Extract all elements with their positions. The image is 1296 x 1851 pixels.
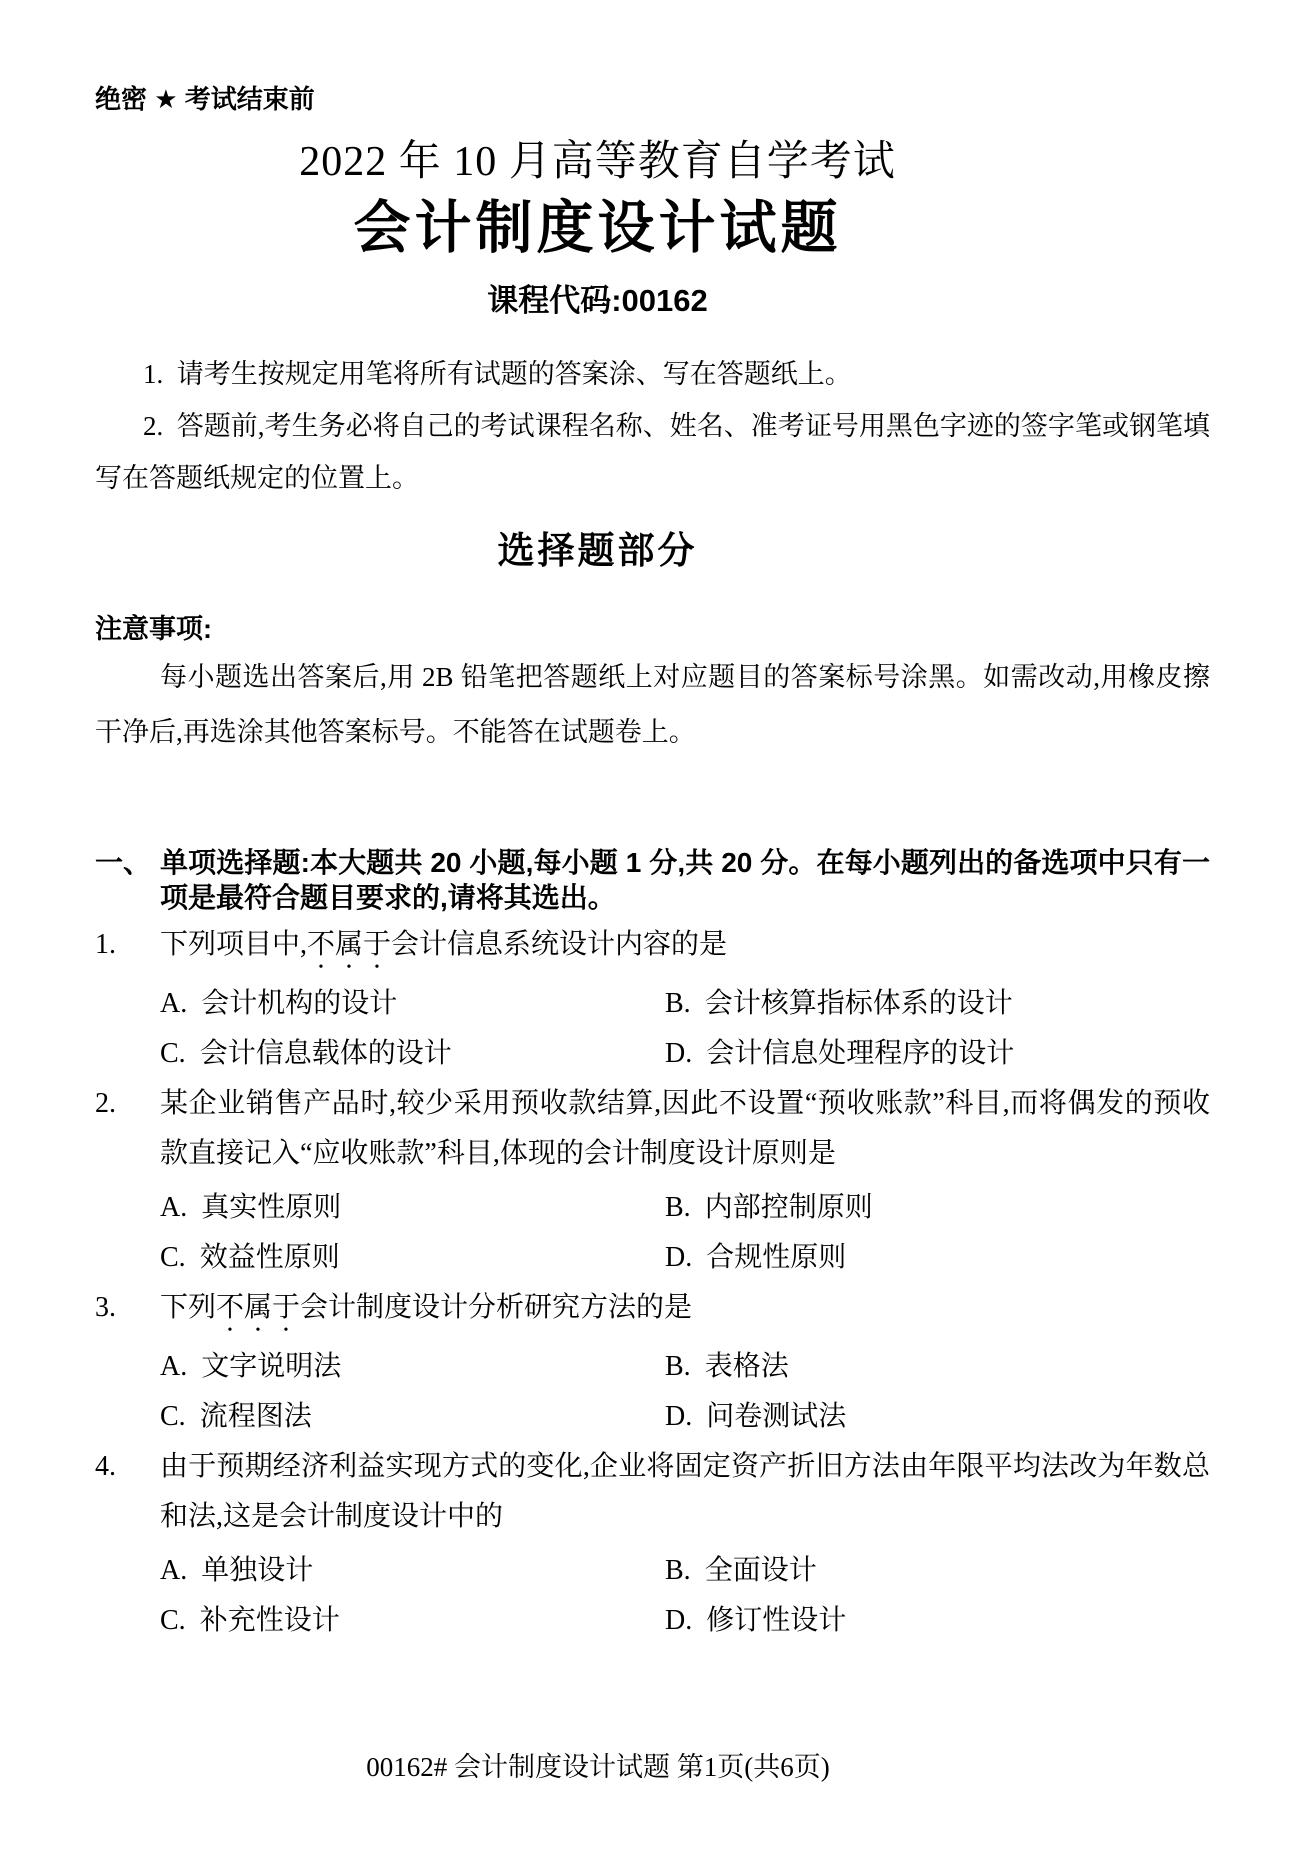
question-stem: 由于预期经济利益实现方式的变化,企业将固定资产折旧方法由年限平均法改为年数总和法…	[160, 1442, 1210, 1542]
option-grid: A.文字说明法B.表格法C.流程图法D.问卷测试法	[160, 1342, 1210, 1442]
option-label: D.	[665, 1401, 692, 1432]
option-text: 真实性原则	[201, 1192, 341, 1223]
answer-option: C.补充性设计	[160, 1596, 665, 1646]
question-number: 4.	[95, 1442, 160, 1646]
answer-option: A.真实性原则	[160, 1183, 665, 1233]
answer-option: C.流程图法	[160, 1392, 665, 1442]
option-label: A.	[160, 1555, 187, 1586]
question-body: 下列不属于会计制度设计分析研究方法的是A.文字说明法B.表格法C.流程图法D.问…	[160, 1283, 1210, 1442]
option-label: B.	[665, 1555, 691, 1586]
classification-label: 绝密 ★ 考试结束前	[95, 85, 1210, 113]
emphasized-text: 不属于	[307, 929, 391, 960]
question: 3.下列不属于会计制度设计分析研究方法的是A.文字说明法B.表格法C.流程图法D…	[95, 1283, 1210, 1442]
instruction-item-2: 2. 答题前,考生务必将自己的考试课程名称、姓名、准考证号用黑色字迹的签字笔或钢…	[95, 400, 1210, 504]
answer-option: D.合规性原则	[665, 1233, 1210, 1283]
part-number: 一、	[95, 845, 160, 915]
option-text: 表格法	[705, 1351, 789, 1382]
option-label: C.	[160, 1401, 186, 1432]
emphasized-text: 不属于	[216, 1292, 300, 1323]
part-heading: 一、 单项选择题:本大题共 20 小题,每小题 1 分,共 20 分。在每小题列…	[95, 845, 1210, 915]
answer-option: D.修订性设计	[665, 1596, 1210, 1646]
option-label: C.	[160, 1605, 186, 1636]
question-stem: 下列项目中,不属于会计信息系统设计内容的是	[160, 920, 1210, 975]
option-text: 会计核算指标体系的设计	[705, 988, 1013, 1019]
option-text: 流程图法	[200, 1401, 312, 1432]
section-title: 选择题部分	[95, 531, 1100, 571]
option-label: B.	[665, 1351, 691, 1382]
answer-option: C.会计信息载体的设计	[160, 1029, 665, 1079]
option-text: 修订性设计	[706, 1605, 846, 1636]
answer-option: B.表格法	[665, 1342, 1210, 1392]
course-code: 课程代码:00162	[95, 285, 1100, 317]
question-number: 3.	[95, 1283, 160, 1442]
option-label: C.	[160, 1038, 186, 1069]
question: 1.下列项目中,不属于会计信息系统设计内容的是A.会计机构的设计B.会计核算指标…	[95, 920, 1210, 1079]
option-text: 会计信息载体的设计	[200, 1038, 452, 1069]
option-label: B.	[665, 988, 691, 1019]
stem-text: 由于预期经济利益实现方式的变化,企业将固定资产折旧方法由年限平均法改为年数总和法…	[160, 1451, 1210, 1532]
option-text: 合规性原则	[706, 1242, 846, 1273]
option-grid: A.真实性原则B.内部控制原则C.效益性原则D.合规性原则	[160, 1183, 1210, 1283]
option-text: 文字说明法	[201, 1351, 341, 1382]
option-label: D.	[665, 1038, 692, 1069]
option-label: A.	[160, 1192, 187, 1223]
question-body: 下列项目中,不属于会计信息系统设计内容的是A.会计机构的设计B.会计核算指标体系…	[160, 920, 1210, 1079]
option-label: D.	[665, 1605, 692, 1636]
question-number: 2.	[95, 1079, 160, 1283]
answer-option: A.文字说明法	[160, 1342, 665, 1392]
option-text: 效益性原则	[200, 1242, 340, 1273]
option-text: 全面设计	[705, 1555, 817, 1586]
stem-text: 会计制度设计分析研究方法的是	[300, 1292, 692, 1323]
option-text: 单独设计	[201, 1555, 313, 1586]
exam-paper-page: 绝密 ★ 考试结束前 2022 年 10 月高等教育自学考试 会计制度设计试题 …	[0, 0, 1296, 1851]
page-footer: 00162# 会计制度设计试题 第1页(共6页)	[0, 1752, 1296, 1782]
answer-option: D.问卷测试法	[665, 1392, 1210, 1442]
answer-option: A.会计机构的设计	[160, 979, 665, 1029]
answer-option: A.单独设计	[160, 1546, 665, 1596]
option-text: 问卷测试法	[706, 1401, 846, 1432]
instruction-item-1: 1. 请考生按规定用笔将所有试题的答案涂、写在答题纸上。	[95, 348, 1210, 400]
option-text: 内部控制原则	[705, 1192, 873, 1223]
question-number: 1.	[95, 920, 160, 1079]
option-grid: A.会计机构的设计B.会计核算指标体系的设计C.会计信息载体的设计D.会计信息处…	[160, 979, 1210, 1079]
option-text: 会计信息处理程序的设计	[706, 1038, 1014, 1069]
stem-text: 某企业销售产品时,较少采用预收款结算,因此不设置“预收账款”科目,而将偶发的预收…	[160, 1088, 1210, 1169]
question-stem: 下列不属于会计制度设计分析研究方法的是	[160, 1283, 1210, 1338]
answer-option: D.会计信息处理程序的设计	[665, 1029, 1210, 1079]
exam-session-title: 2022 年 10 月高等教育自学考试	[95, 140, 1100, 184]
question-stem: 某企业销售产品时,较少采用预收款结算,因此不设置“预收账款”科目,而将偶发的预收…	[160, 1079, 1210, 1179]
option-label: D.	[665, 1242, 692, 1273]
option-label: A.	[160, 1351, 187, 1382]
question-list: 1.下列项目中,不属于会计信息系统设计内容的是A.会计机构的设计B.会计核算指标…	[95, 920, 1210, 1646]
stem-text: 下列项目中,	[160, 929, 307, 960]
stem-text: 下列	[160, 1292, 216, 1323]
option-grid: A.单独设计B.全面设计C.补充性设计D.修订性设计	[160, 1546, 1210, 1646]
notice-label: 注意事项:	[95, 615, 1210, 644]
stem-text: 会计信息系统设计内容的是	[391, 929, 727, 960]
notice-text: 每小题选出答案后,用 2B 铅笔把答题纸上对应题目的答案标号涂黑。如需改动,用橡…	[95, 650, 1210, 760]
option-label: B.	[665, 1192, 691, 1223]
question-body: 由于预期经济利益实现方式的变化,企业将固定资产折旧方法由年限平均法改为年数总和法…	[160, 1442, 1210, 1646]
question-body: 某企业销售产品时,较少采用预收款结算,因此不设置“预收账款”科目,而将偶发的预收…	[160, 1079, 1210, 1283]
instructions: 1. 请考生按规定用笔将所有试题的答案涂、写在答题纸上。 2. 答题前,考生务必…	[95, 348, 1210, 504]
answer-option: B.内部控制原则	[665, 1183, 1210, 1233]
option-text: 补充性设计	[200, 1605, 340, 1636]
option-text: 会计机构的设计	[201, 988, 397, 1019]
answer-option: B.会计核算指标体系的设计	[665, 979, 1210, 1029]
question: 4.由于预期经济利益实现方式的变化,企业将固定资产折旧方法由年限平均法改为年数总…	[95, 1442, 1210, 1646]
answer-option: C.效益性原则	[160, 1233, 665, 1283]
answer-option: B.全面设计	[665, 1546, 1210, 1596]
question: 2.某企业销售产品时,较少采用预收款结算,因此不设置“预收账款”科目,而将偶发的…	[95, 1079, 1210, 1283]
part-heading-text: 单项选择题:本大题共 20 小题,每小题 1 分,共 20 分。在每小题列出的备…	[160, 845, 1210, 915]
exam-subject-title: 会计制度设计试题	[95, 198, 1100, 258]
option-label: C.	[160, 1242, 186, 1273]
option-label: A.	[160, 988, 187, 1019]
